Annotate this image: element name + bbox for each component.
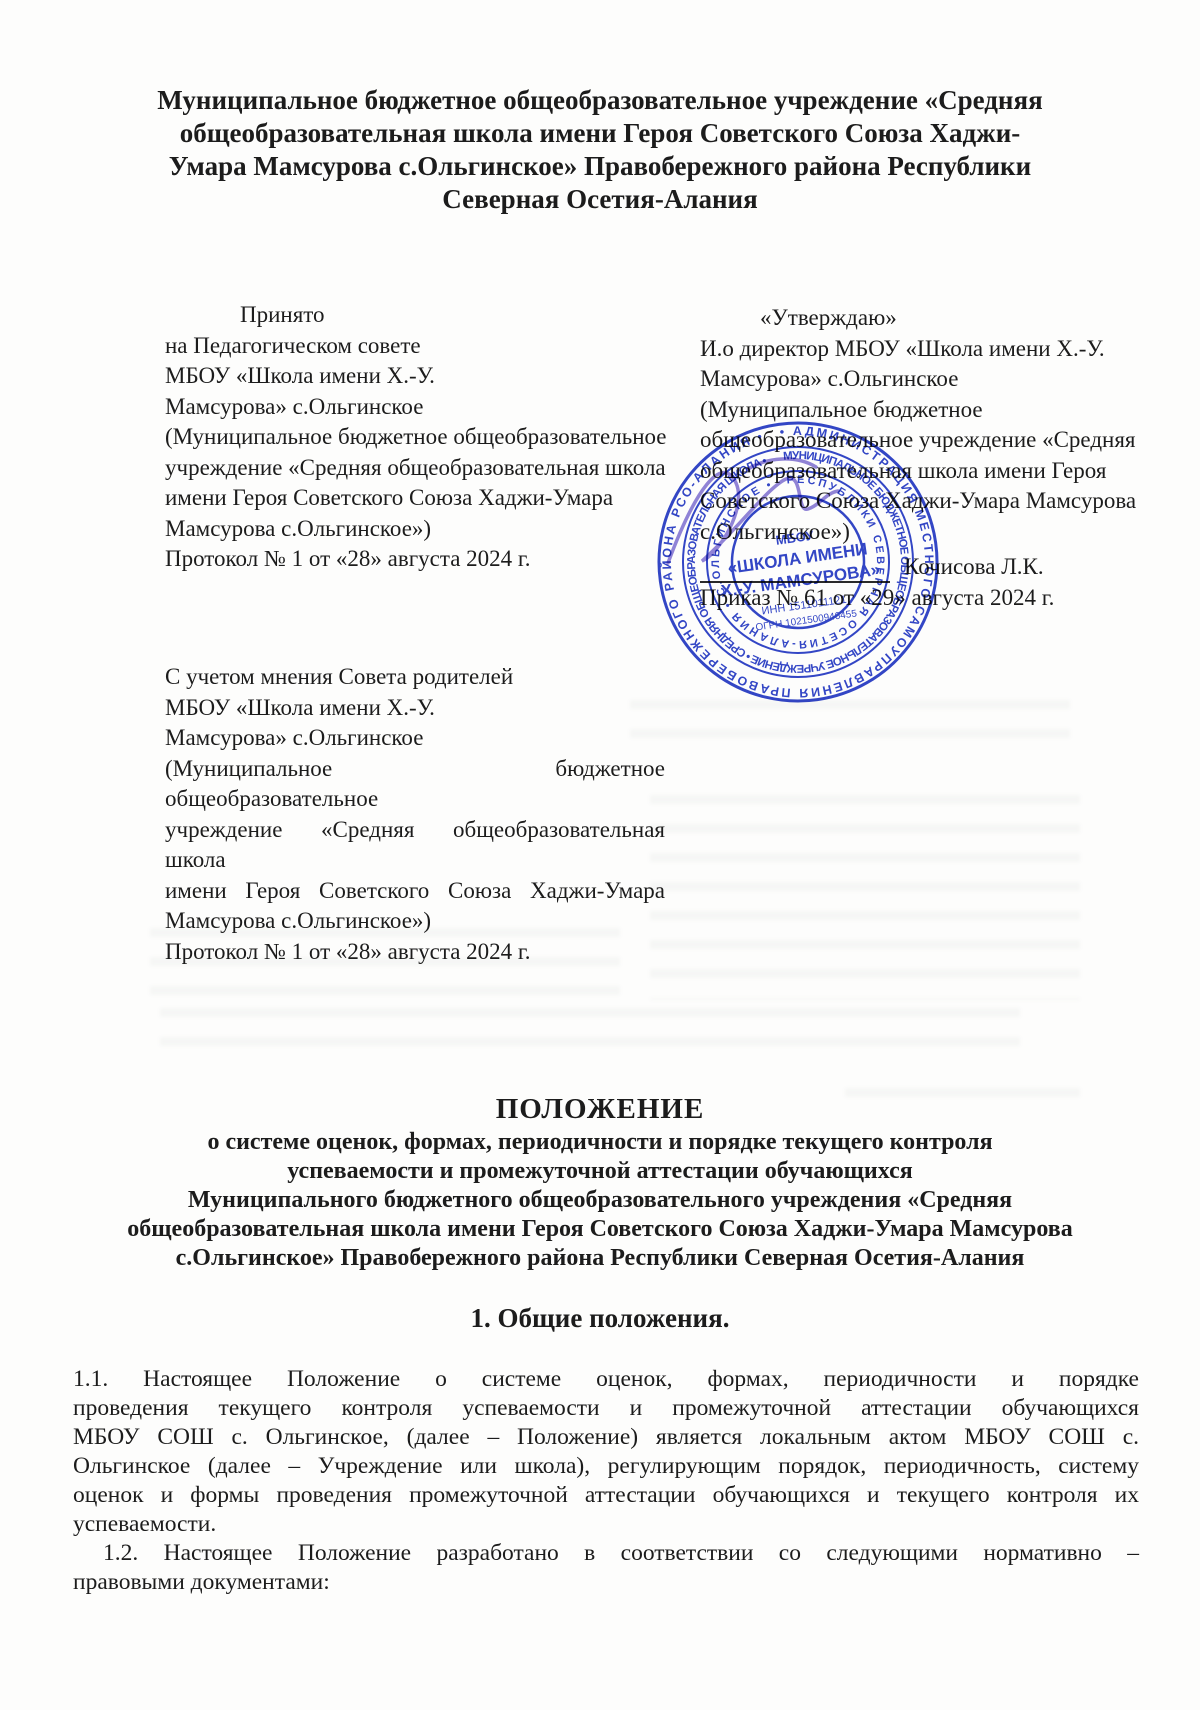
document-title: ПОЛОЖЕНИЕ	[100, 1093, 1100, 1126]
body-line: Ольгинское (далее – Учреждение или школа…	[73, 1452, 1139, 1481]
accepted-line: Мамсурова» с.Ольгинское	[165, 392, 675, 423]
subtitle-line: о системе оценок, формах, периодичности …	[45, 1128, 1155, 1157]
header-line: Умара Мамсурова с.Ольгинское» Правобереж…	[110, 150, 1090, 183]
scanned-document-page: Муниципальное бюджетное общеобразователь…	[0, 0, 1200, 1710]
parents-line: Мамсурова» с.Ольгинское	[165, 723, 665, 754]
parents-line: имени Героя Советского Союза Хаджи-Умара	[165, 876, 665, 907]
accepted-line: на Педагогическом совете	[165, 331, 675, 362]
paragraph-1-2: 1.2. Настоящее Положение разработано в с…	[73, 1539, 1139, 1597]
body-line: правовыми документами:	[73, 1568, 1139, 1597]
body-line: 1.1. Настоящее Положение о системе оцено…	[73, 1365, 1139, 1394]
subtitle-line: с.Ольгинское» Правобережного района Респ…	[45, 1244, 1155, 1273]
section-1-heading: 1. Общие положения.	[100, 1303, 1100, 1334]
body-line: проведения текущего контроля успеваемост…	[73, 1394, 1139, 1423]
approved-line: И.о директор МБОУ «Школа имени Х.-У.	[700, 334, 1160, 365]
header-line: Муниципальное бюджетное общеобразователь…	[110, 84, 1090, 117]
parents-line: учреждение «Средняя общеобразовательная …	[165, 815, 665, 876]
accepted-line: Мамсурова с.Ольгинское»)	[165, 514, 675, 545]
director-signature	[650, 435, 880, 595]
bleed-through-artifact	[650, 795, 1080, 1000]
approved-line: Мамсурова» с.Ольгинское	[700, 364, 1160, 395]
parents-line: МБОУ «Школа имени Х.-У.	[165, 693, 665, 724]
parents-line: (Муниципальное бюджетное общеобразовател…	[165, 754, 665, 815]
protocol-line: Протокол № 1 от «28» августа 2024 г.	[165, 544, 675, 575]
accepted-line: имени Героя Советского Союза Хаджи-Умара	[165, 483, 675, 514]
body-line: 1.2. Настоящее Положение разработано в с…	[73, 1539, 1139, 1568]
header-line: Северная Осетия-Алания	[110, 183, 1090, 216]
parents-line: С учетом мнения Совета родителей	[165, 662, 665, 693]
body-line: успеваемости.	[73, 1510, 1139, 1539]
accepted-line: учреждение «Средняя общеобразовательная …	[165, 453, 675, 484]
institution-header: Муниципальное бюджетное общеобразователь…	[110, 84, 1090, 216]
document-subtitle: о системе оценок, формах, периодичности …	[45, 1128, 1155, 1273]
body-line: МБОУ СОШ с. Ольгинское, (далее – Положен…	[73, 1423, 1139, 1452]
approved-line: «Утверждаю»	[700, 303, 1160, 334]
subtitle-line: Муниципального бюджетного общеобразовате…	[45, 1186, 1155, 1215]
parents-line: Мамсурова с.Ольгинское»)	[165, 906, 665, 937]
accepted-line: МБОУ «Школа имени Х.-У.	[165, 361, 675, 392]
accepted-line: Принято	[165, 300, 675, 331]
accepted-block: Принято на Педагогическом совете МБОУ «Ш…	[165, 300, 675, 575]
protocol-line: Протокол № 1 от «28» августа 2024 г.	[165, 937, 665, 968]
bleed-through-artifact	[160, 1008, 1020, 1063]
accepted-line: (Муниципальное бюджетное общеобразовател…	[165, 422, 675, 453]
header-line: общеобразовательная школа имени Героя Со…	[110, 117, 1090, 150]
paragraph-1-1: 1.1. Настоящее Положение о системе оцено…	[73, 1365, 1139, 1539]
body-line: оценок и формы проведения промежуточной …	[73, 1481, 1139, 1510]
subtitle-line: успеваемости и промежуточной аттестации …	[45, 1157, 1155, 1186]
parents-council-block: С учетом мнения Совета родителей МБОУ «Ш…	[165, 662, 665, 967]
subtitle-line: общеобразовательная школа имени Героя Со…	[45, 1215, 1155, 1244]
